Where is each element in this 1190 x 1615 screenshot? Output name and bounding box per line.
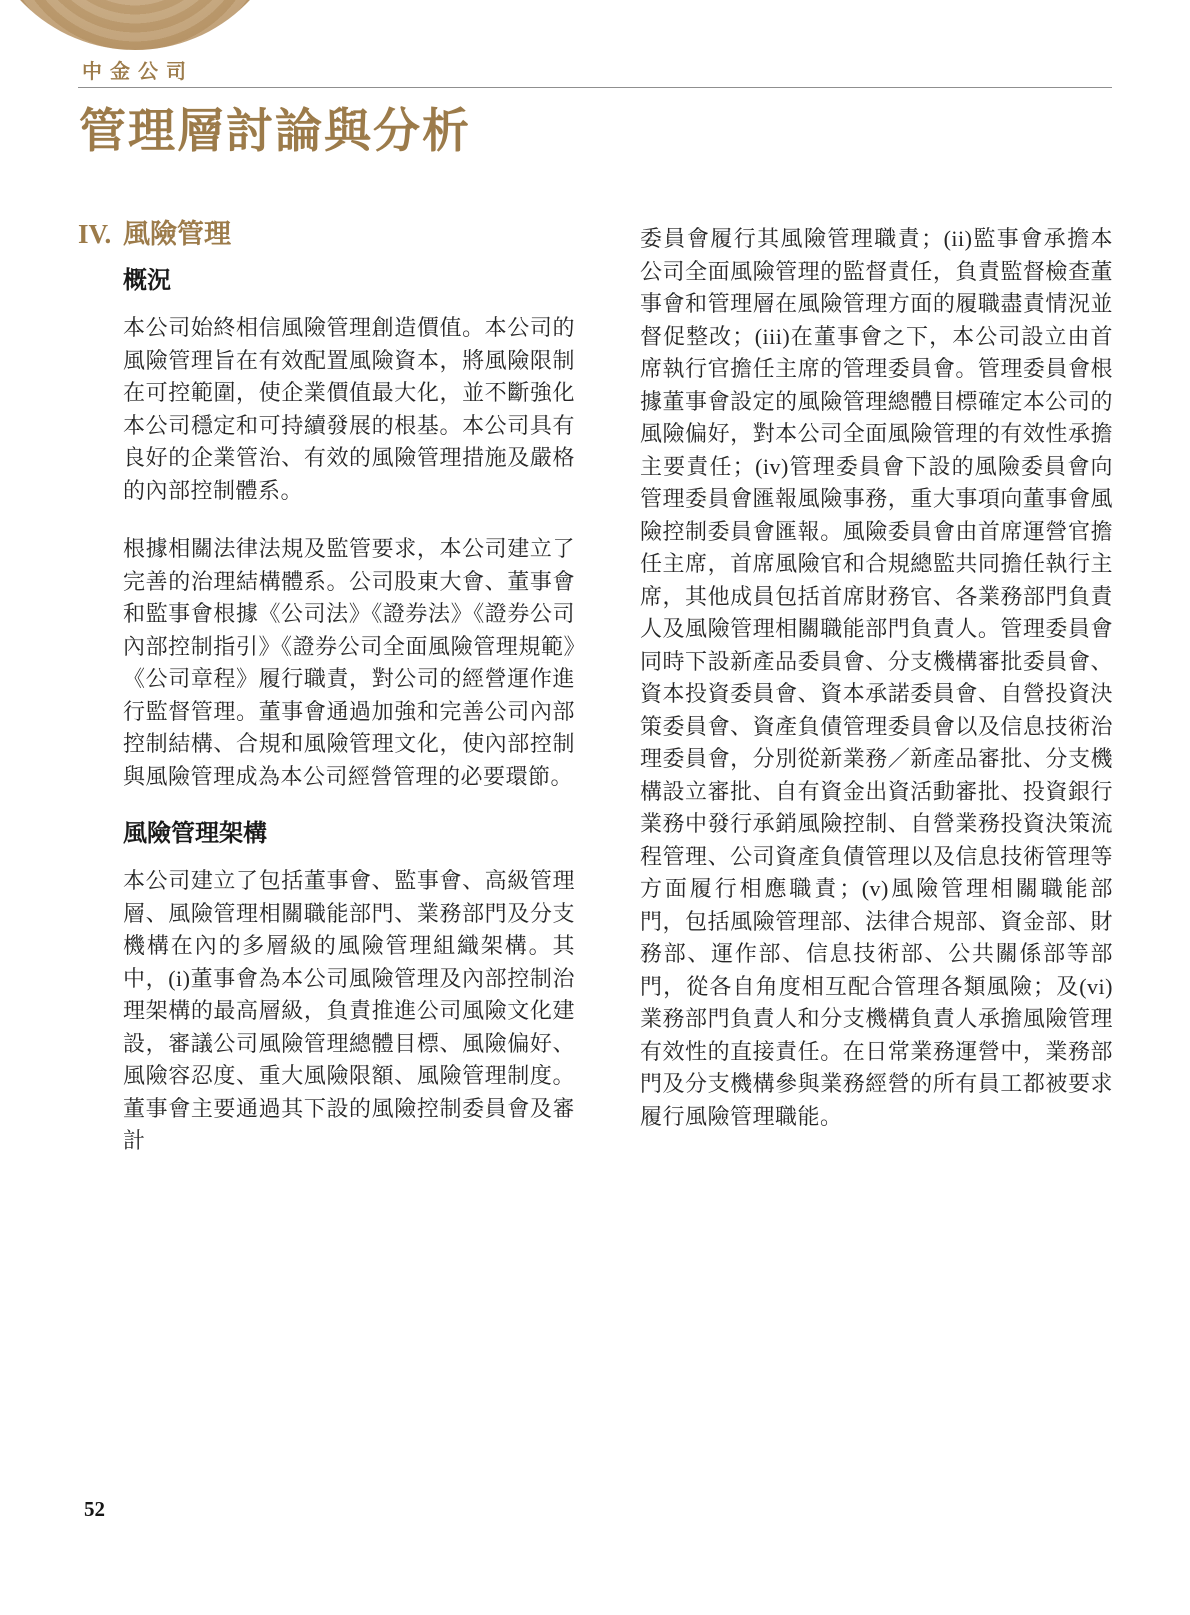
section-title: 風險管理 xyxy=(123,219,231,249)
content-columns: IV.風險管理 概況 本公司始終相信風險管理創造價值。本公司的風險管理旨在有效配… xyxy=(78,218,1113,1184)
left-column: IV.風險管理 概況 本公司始終相信風險管理創造價值。本公司的風險管理旨在有效配… xyxy=(78,218,575,1184)
overview-paragraph-2: 根據相關法律法規及監管要求，本公司建立了完善的治理結構體系。公司股東大會、董事會… xyxy=(123,533,575,793)
header-divider xyxy=(78,87,1112,88)
report-page: 中金公司 管理層討論與分析 IV.風險管理 概況 本公司始終相信風險管理創造價值… xyxy=(0,0,1190,1615)
section-body: 概況 本公司始終相信風險管理創造價值。本公司的風險管理旨在有效配置風險資本，將風… xyxy=(123,266,575,1158)
brand-name: 中金公司 xyxy=(82,55,194,84)
overview-paragraph-1: 本公司始終相信風險管理創造價值。本公司的風險管理旨在有效配置風險資本，將風險限制… xyxy=(123,312,575,507)
subsection-heading-framework: 風險管理架構 xyxy=(123,819,575,849)
brand-logo-circle xyxy=(0,0,292,50)
framework-paragraph-continued: 委員會履行其風險管理職責；(ii)監事會承擔本公司全面風險管理的監督責任，負責監… xyxy=(640,223,1113,1133)
section-heading: IV.風險管理 xyxy=(78,218,575,250)
subsection-heading-overview: 概況 xyxy=(123,266,575,296)
section-number: IV. xyxy=(78,218,123,250)
page-number: 52 xyxy=(84,1497,105,1522)
right-column: 委員會履行其風險管理職責；(ii)監事會承擔本公司全面風險管理的監督責任，負責監… xyxy=(640,218,1113,1133)
framework-paragraph: 本公司建立了包括董事會、監事會、高級管理層、風險管理相關職能部門、業務部門及分支… xyxy=(123,865,575,1158)
page-title: 管理層討論與分析 xyxy=(79,94,471,161)
